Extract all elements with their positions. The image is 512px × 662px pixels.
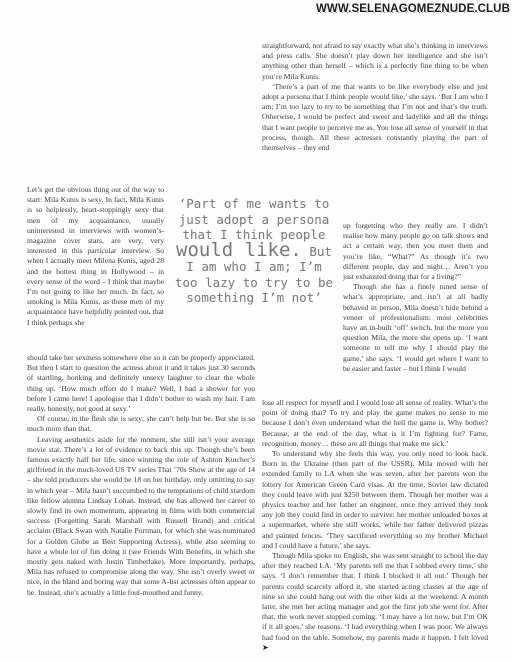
article-column-right-bottom: lose all respect for myself and I would … [262, 398, 488, 653]
article-paragraph: should take her sexiness somewhere else … [27, 353, 255, 414]
article-paragraph: Let’s get the obvious thing out of the w… [27, 185, 164, 328]
article-column-left-bottom: should take her sexiness somewhere else … [27, 353, 255, 598]
pull-quote-text: ‘Part of me wants to just adopt a person… [179, 196, 330, 242]
article-column-left-top: Let’s get the obvious thing out of the w… [27, 185, 164, 328]
article-paragraph: Though she has a finely tuned sense of w… [343, 282, 488, 374]
article-paragraph: up forgetting who they really are. I did… [343, 221, 488, 282]
article-text: Though Mila spoke no English, she was se… [262, 551, 488, 642]
article-paragraph: Though Mila spoke no English, she was se… [262, 551, 488, 653]
article-paragraph: Leaving aesthetics aside for the moment,… [27, 435, 255, 598]
pull-quote-emphasis: would like. [176, 239, 302, 261]
article-column-right-middle: up forgetting who they really are. I did… [343, 221, 488, 374]
pull-quote: ‘Part of me wants to just adopt a person… [174, 196, 334, 306]
watermark-text: WWW.SELENAGOMEZNUDE.CLUB [316, 3, 510, 15]
article-paragraph: lose all respect for myself and I would … [262, 398, 488, 449]
article-paragraph: Of course, in the flesh she is sexy; she… [27, 414, 255, 434]
article-paragraph: straightforward, not afraid to say exact… [262, 41, 488, 82]
continue-arrow-icon: ➤ [262, 643, 269, 652]
article-paragraph: To understand why she feels this way, yo… [262, 449, 488, 551]
article-paragraph: ‘There’s a part of me that wants to be l… [262, 82, 488, 153]
article-column-right-top: straightforward, not afraid to say exact… [262, 41, 488, 153]
